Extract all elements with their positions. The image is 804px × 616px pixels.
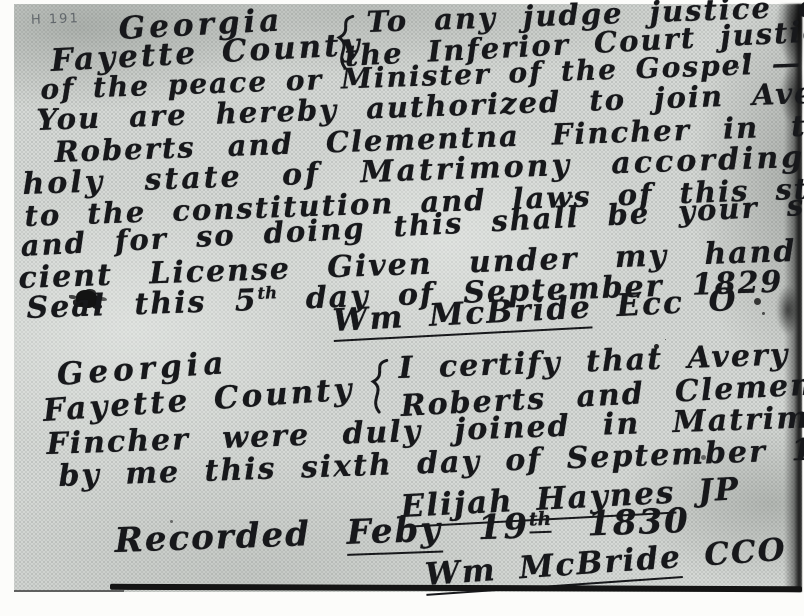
seal-day: 5 xyxy=(234,283,258,319)
section-brace-icon xyxy=(362,356,392,416)
recorded-year: 1830 xyxy=(587,501,691,545)
scanned-marriage-record: H 191 Georgia To any judge justice of Fa… xyxy=(0,0,804,616)
paper-bottom-edge-line-thin xyxy=(14,590,124,592)
document-paper: H 191 Georgia To any judge justice of Fa… xyxy=(14,4,802,592)
paper-bottom-edge-line xyxy=(110,584,802,592)
recording-signature-suffix: CCO xyxy=(703,532,788,574)
certificate-signature-suffix: JP xyxy=(697,471,741,509)
recorded-day-suffix: th xyxy=(529,507,552,533)
recorded-word: Recorded xyxy=(114,514,312,561)
license-signature-suffix: Ecc O xyxy=(616,282,739,324)
seal-day-suffix: th xyxy=(257,283,277,303)
recorded-day: 19 xyxy=(477,507,530,549)
recorded-month: Feby xyxy=(346,510,443,556)
ink-specks xyxy=(14,4,17,7)
corner-mark: H 191 xyxy=(31,11,80,28)
seal-line-pre: Seal this xyxy=(26,285,207,326)
